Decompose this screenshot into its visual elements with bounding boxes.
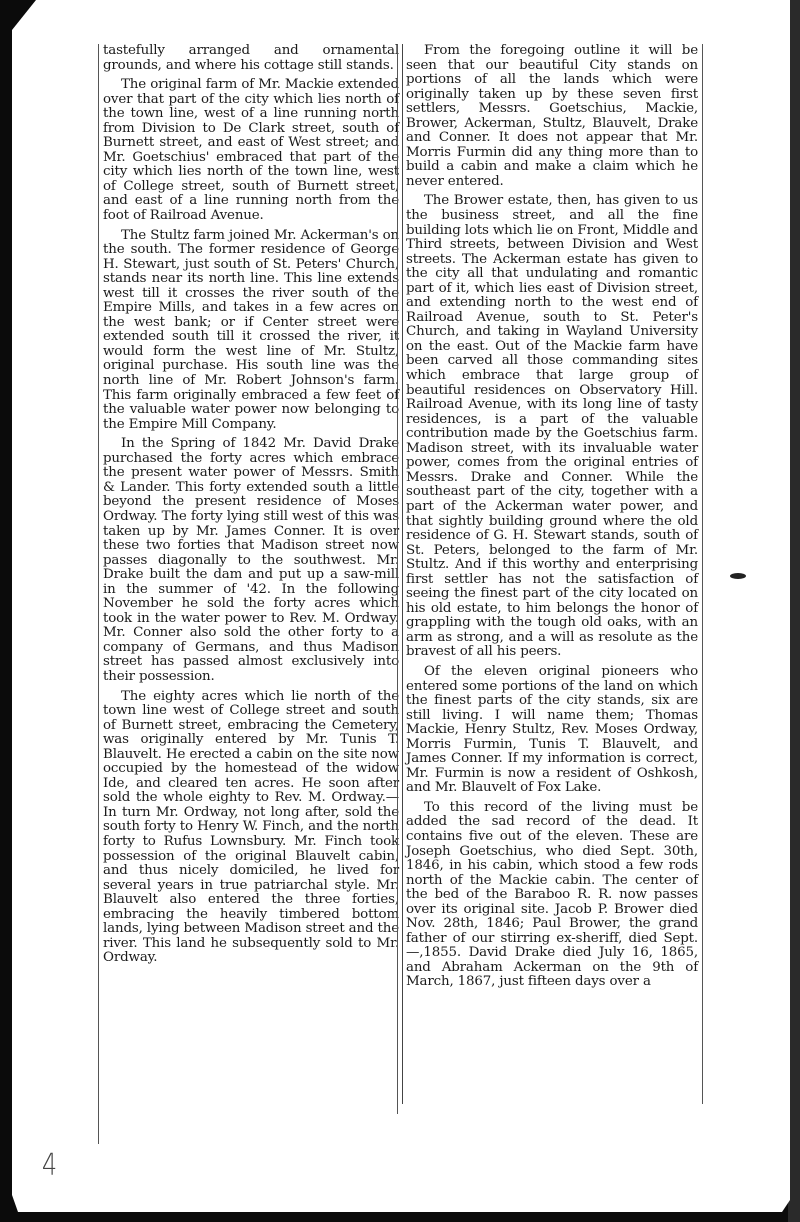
paragraph: tastefully arranged and ornamental groun…: [103, 44, 399, 73]
paragraph: In the Spring of 1842 Mr. David Drake pu…: [103, 437, 399, 684]
paragraph: The original farm of Mr. Mackie extended…: [103, 78, 399, 223]
paragraph: The eighty acres which lie north of the …: [103, 690, 399, 966]
ink-smudge: [730, 573, 746, 579]
handwritten-page-number: 4: [42, 1148, 57, 1183]
column-divider: [397, 44, 398, 1114]
left-column: tastefully arranged and ornamental groun…: [98, 44, 399, 1144]
paragraph: The Brower estate, then, has given to us…: [406, 194, 698, 660]
paragraph: Of the eleven original pioneers who ente…: [406, 665, 698, 796]
paragraph: From the foregoing outline it will be se…: [406, 44, 698, 189]
paragraph: To this record of the living must be add…: [406, 801, 698, 990]
right-column: From the foregoing outline it will be se…: [402, 44, 703, 1104]
paragraph: The Stultz farm joined Mr. Ackerman's on…: [103, 229, 399, 433]
